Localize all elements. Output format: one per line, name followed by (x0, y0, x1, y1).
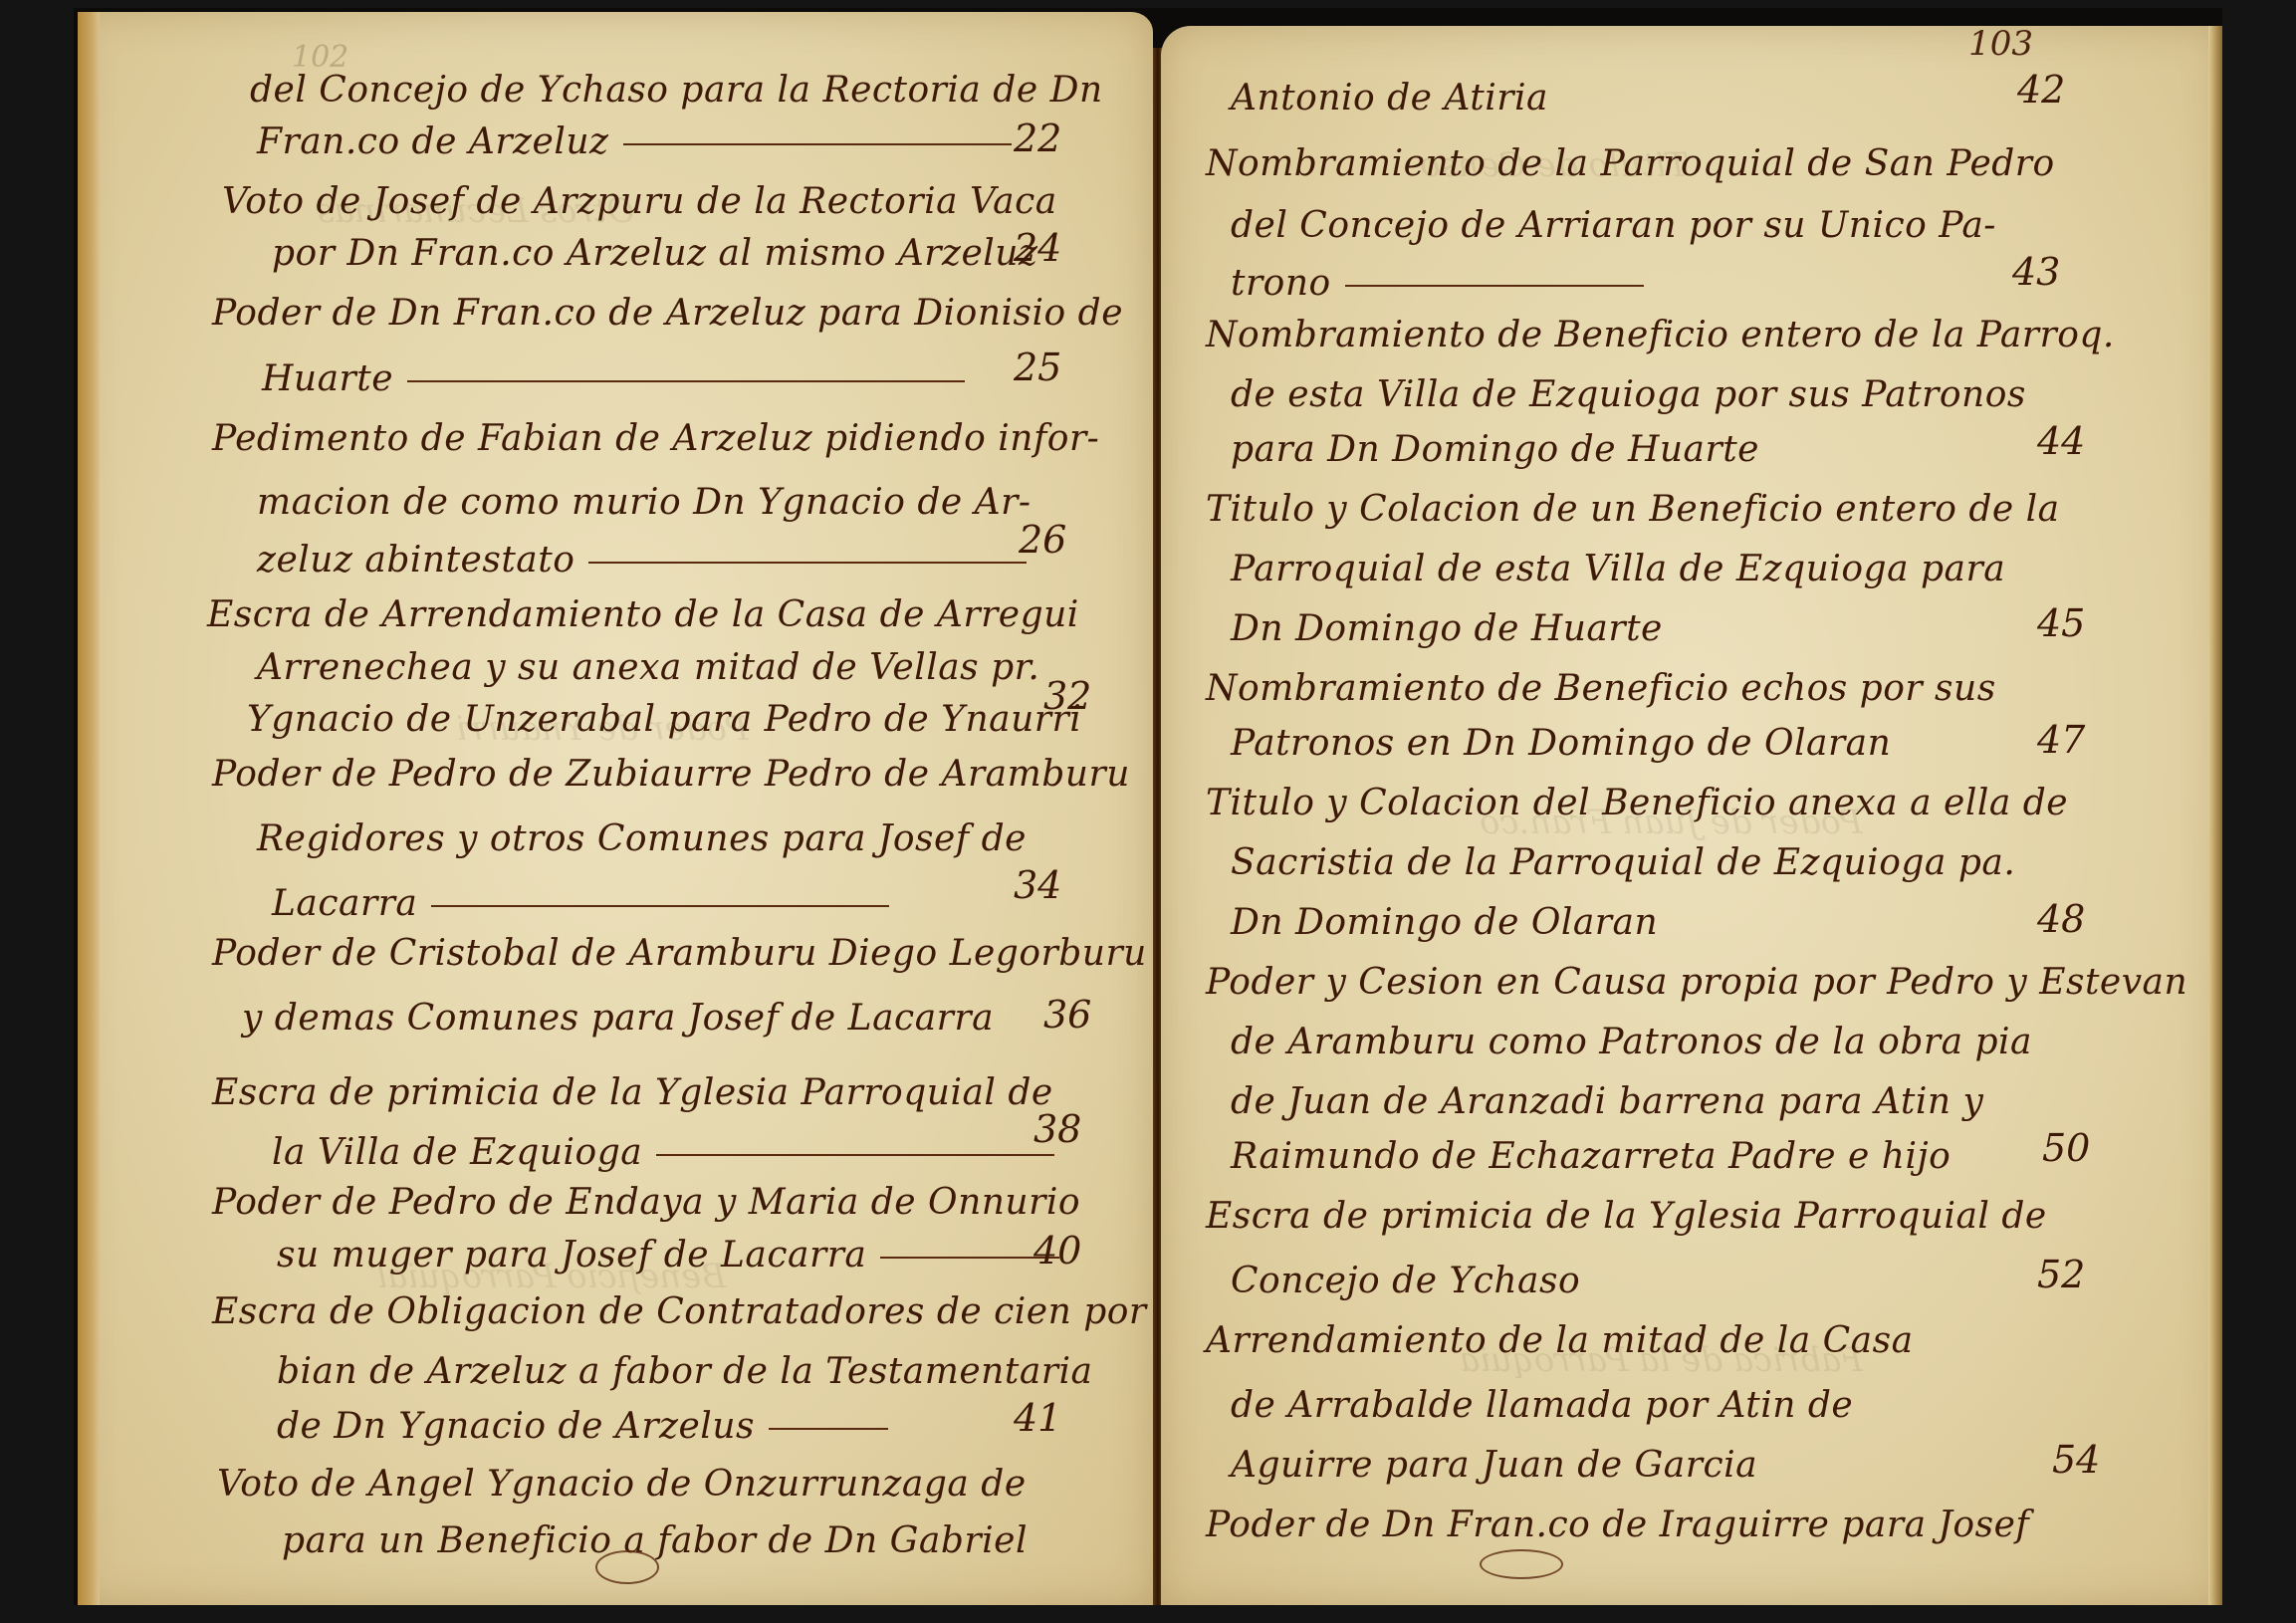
entry-line: Poder de Pedro de Zubiaurre Pedro de Ara… (212, 754, 1130, 795)
page-folio-header: 103 (1968, 24, 2033, 64)
folio-number: 24 (1014, 226, 1061, 270)
entry-line: Poder de Dn Fran.co de Arzeluz para Dion… (212, 293, 1123, 334)
leader-line (431, 905, 889, 907)
folio-number: 34 (1014, 863, 1061, 907)
entry-line: zeluz abintestato (257, 540, 1027, 580)
entry-line: Arrenechea y su anexa mitad de Vellas pr… (257, 647, 1039, 688)
entry-line: para un Beneficio a fabor de Dn Gabriel (282, 1520, 1028, 1561)
folio-number: 43 (2012, 250, 2060, 294)
entry-line: Titulo y Colacion del Beneficio anexa a … (1206, 783, 2068, 823)
folio-number: 50 (2042, 1126, 2090, 1170)
entry-line: Poder de Dn Fran.co de Iraguirre para Jo… (1206, 1505, 2029, 1545)
entry-line: del Concejo de Arriaran por su Unico Pa- (1231, 205, 1996, 246)
entry-line: su muger para Josef de Lacarra (277, 1235, 1059, 1275)
entry-line: Concejo de Ychaso (1231, 1261, 1580, 1301)
leader-line (656, 1154, 1054, 1156)
folio-number: 41 (1014, 1396, 1061, 1440)
entry-line: Parroquial de esta Villa de Ezquioga par… (1231, 549, 2005, 589)
right-page-edge (2208, 26, 2222, 1605)
entry-line: Escra de primicia de la Yglesia Parroqui… (212, 1072, 1053, 1113)
folio-number: 26 (1019, 518, 1066, 562)
left-page-edge (78, 12, 100, 1605)
entry-line: de Dn Ygnacio de Arzelus (277, 1406, 888, 1447)
entry-text: trono (1231, 263, 1331, 304)
entry-line: Nombramiento de Beneficio echos por sus (1206, 668, 1996, 709)
entry-line: Huarte (262, 358, 965, 399)
entry-line: Voto de Josef de Arzpuru de la Rectoria … (222, 181, 1057, 222)
entry-line: por Dn Fran.co Arzeluz al mismo Arzeluz (272, 233, 1037, 274)
folio-number: 54 (2052, 1438, 2100, 1482)
entry-line: Dn Domingo de Olaran (1231, 902, 1658, 943)
entry-text: de Dn Ygnacio de Arzelus (277, 1406, 755, 1447)
flourish-mark (595, 1550, 659, 1584)
leader-line (407, 380, 965, 382)
entry-line: Dn Domingo de Huarte (1231, 608, 1663, 649)
entry-line: Raimundo de Echazarreta Padre e hijo (1231, 1136, 1951, 1177)
folio-number: 48 (2037, 897, 2085, 941)
leader-line (623, 143, 1012, 145)
folio-number: 45 (2037, 601, 2085, 645)
entry-text: Huarte (262, 358, 393, 399)
entry-line: de esta Villa de Ezquioga por sus Patron… (1231, 374, 2026, 415)
entry-line: Voto de Angel Ygnacio de Onzurrunzaga de (217, 1464, 1027, 1505)
flourish-mark (1480, 1549, 1563, 1579)
entry-line: Lacarra (272, 883, 889, 924)
entry-line: de Juan de Aranzadi barrena para Atin y (1231, 1081, 1983, 1122)
entry-text: la Villa de Ezquioga (272, 1132, 642, 1173)
entry-line: Poder de Cristobal de Aramburu Diego Leg… (212, 933, 1147, 974)
entry-text: Lacarra (272, 883, 417, 924)
folio-number: 47 (2037, 718, 2085, 762)
entry-line: Antonio de Atiria (1231, 78, 1548, 118)
entry-line: de Aramburu como Patronos de la obra pia (1231, 1022, 2032, 1062)
entry-line: macion de como murio Dn Ygnacio de Ar- (257, 482, 1032, 523)
entry-line: para Dn Domingo de Huarte (1231, 429, 1759, 470)
entry-line: la Villa de Ezquioga (272, 1132, 1054, 1173)
entry-text: su muger para Josef de Lacarra (277, 1235, 866, 1275)
entry-line: y demas Comunes para Josef de Lacarra (242, 998, 994, 1039)
entry-line: Aguirre para Juan de Garcia (1231, 1445, 1757, 1486)
entry-line: Patronos en Dn Domingo de Olaran (1231, 723, 1891, 764)
leader-line (588, 562, 1027, 564)
folio-number: 32 (1043, 674, 1091, 718)
right-page: 103 Titulo de Censo Poder de Juan Fran.c… (1161, 26, 2222, 1605)
entry-line: Escra de primicia de la Yglesia Parroqui… (1206, 1196, 2047, 1237)
entry-line: Sacristia de la Parroquial de Ezquioga p… (1231, 842, 2015, 883)
entry-line: Nombramiento de Beneficio entero de la P… (1206, 315, 2115, 355)
entry-line: del Concejo de Ychaso para la Rectoria d… (250, 70, 1103, 111)
folio-number: 25 (1014, 346, 1061, 389)
entry-line: Poder y Cesion en Causa propia por Pedro… (1206, 962, 2187, 1003)
entry-line: Poder de Pedro de Endaya y Maria de Onnu… (212, 1182, 1080, 1223)
entry-line: Ygnacio de Unzerabal para Pedro de Ynaur… (247, 699, 1081, 740)
open-book: 102 Otros Lecunarinas Poder de Ynaurri B… (74, 8, 2222, 1605)
folio-number: 44 (2037, 419, 2085, 463)
leader-line (1345, 285, 1644, 287)
entry-line: Arrendamiento de la mitad de la Casa (1206, 1320, 1914, 1361)
entry-line: Fran.co de Arzeluz (257, 121, 1012, 162)
entry-line: trono (1231, 263, 1644, 304)
folio-number: 36 (1043, 993, 1091, 1037)
entry-line: Nombramiento de la Parroquial de San Ped… (1206, 143, 2055, 184)
entry-text: Fran.co de Arzeluz (257, 121, 609, 162)
entry-line: Pedimento de Fabian de Arzeluz pidiendo … (212, 418, 1099, 459)
entry-line: de Arrabalde llamada por Atin de (1231, 1385, 1853, 1426)
left-page: 102 Otros Lecunarinas Poder de Ynaurri B… (78, 12, 1153, 1605)
folio-number: 38 (1033, 1107, 1081, 1151)
entry-line: Escra de Obligacion de Contratadores de … (212, 1291, 1216, 1332)
entry-line: Regidores y otros Comunes para Josef de (257, 818, 1027, 859)
entry-line: Escra de Arrendamiento de la Casa de Arr… (207, 594, 1079, 635)
entry-line: bian de Arzeluz a fabor de la Testamenta… (277, 1351, 1092, 1392)
folio-number: 52 (2037, 1253, 2085, 1296)
folio-number: 42 (2017, 68, 2065, 112)
entry-line: Titulo y Colacion de un Beneficio entero… (1206, 489, 2060, 530)
entry-text: zeluz abintestato (257, 540, 574, 580)
leader-line (769, 1428, 888, 1430)
folio-number: 22 (1014, 116, 1061, 160)
folio-number: 40 (1033, 1229, 1081, 1273)
